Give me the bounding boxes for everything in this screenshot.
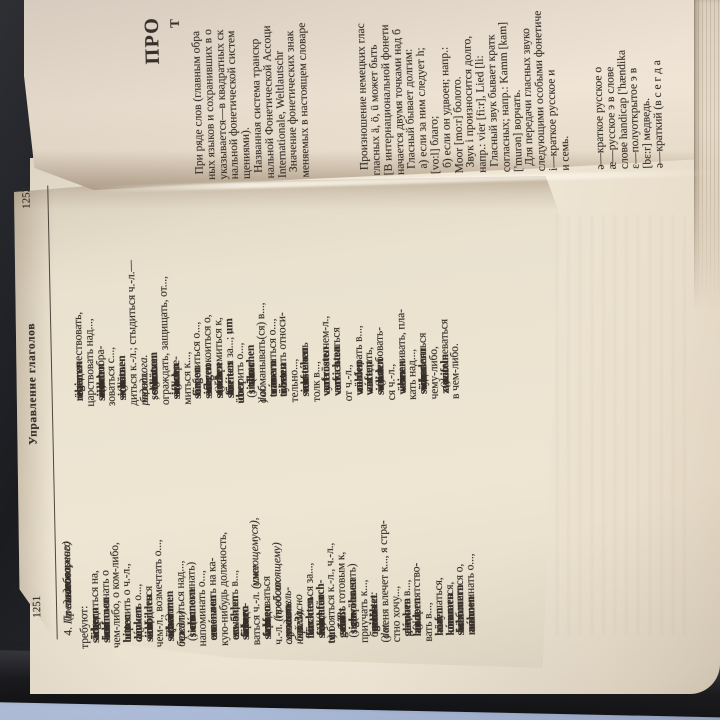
column-left: требуют: sich ärgern über сердиться на, …	[75, 411, 480, 649]
pronunciation-text-layer: ПРО Т При ряде слов (главным обраных язы…	[90, 0, 717, 186]
book-photo: 1251 Управление глаголов 1252 4. Предлог…	[0, 0, 720, 720]
running-title: Управление глаголов	[25, 323, 40, 445]
verb-government-text-layer: 1251 Управление глаголов 1252 4. Предлог…	[20, 173, 488, 652]
showthrough-ghost-text	[556, 215, 688, 635]
subtitle-fragment: Т	[167, 19, 183, 28]
page-number-left: 1251	[31, 596, 43, 618]
page-number-right: 1252	[20, 187, 32, 209]
column-right: regieren über владычествовать,царствоват…	[70, 187, 474, 407]
pronunciation-lines: При ряде слов (главным обраных языков и …	[190, 0, 715, 180]
section-title-fragment: ПРО	[140, 0, 165, 65]
